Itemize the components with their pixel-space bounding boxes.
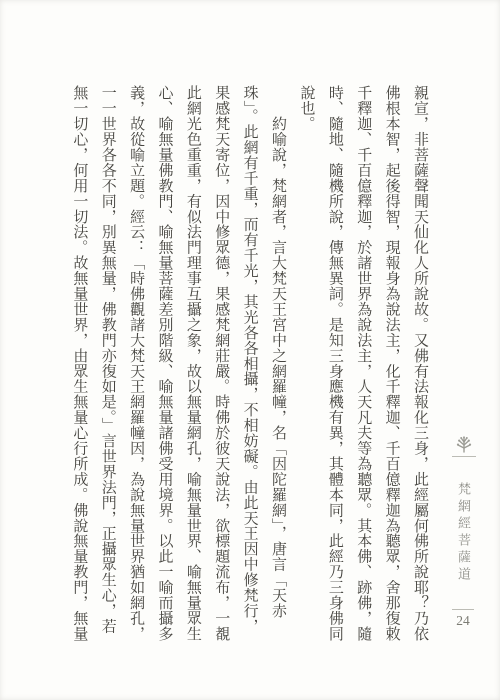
text-column: 心、喻無量佛教門、喻無量菩薩差別階級、喻無量諸佛受用境界。以此一喻而攝多 (150, 85, 178, 647)
text-column: 親宣，非菩薩聲聞天仙化人所說故。又佛有法報化三身，此經屬何佛所說耶？乃依 (406, 85, 434, 647)
text-column: 珠」。此網有千重，而有千光，其光各各相攝，不相妨礙。由此天王因中修梵行， (235, 85, 263, 647)
text-column: 佛根本智，起後得智，現報身為說法主，化千釋迦、千百億釋迦為聽眾，舍那復敕 (377, 85, 405, 647)
text-column: 此網光色重重，有似法門理事互攝之象，故以無量網孔，喻無量世界、喻無量眾生 (178, 85, 206, 647)
text-column: 一一世界各各不同，別異無量，佛教門亦復如是。」言世界法門，正攝眾生心，若 (93, 85, 121, 647)
text-column: 千釋迦、千百億釋迦，於諸世界為說法主，人天凡夫等為聽眾。其本佛、跡佛，隨 (349, 85, 377, 647)
text-column: 果感梵天寄位，因中修眾德，果感梵網莊嚴。時佛於彼天說法，欲標題流布，一覩 (207, 85, 235, 647)
sutra-text-block: 親宣，非菩薩聲聞天仙化人所說故。又佛有法報化三身，此經屬何佛所說耶？乃依 佛根本… (64, 85, 434, 647)
page-number-divider-line (452, 609, 474, 610)
text-column: 說也。 (292, 85, 320, 647)
text-column: 義，故從喻立題。經云：「時佛觀諸大梵天王網羅幢因，為說無量世界猶如網孔， (122, 85, 150, 647)
text-column: 約喻說，梵網者，言大梵天王宮中之網羅幢，名「因陀羅網」，唐言「天赤 (264, 85, 292, 647)
plant-sprig-icon (452, 436, 476, 453)
text-column: 無一切心，何用一切法。故無量世界，由眾生無量心行所成。佛說無量教門，無量 (65, 85, 93, 647)
ornament-divider-line (452, 456, 476, 457)
running-title: 梵網經菩薩道 (450, 482, 476, 592)
page-number: 24 (445, 613, 481, 629)
book-page: 親宣，非菩薩聲聞天仙化人所說故。又佛有法報化三身，此經屬何佛所說耶？乃依 佛根本… (0, 0, 500, 700)
text-column: 時、隨地、隨機所說，傳無異詞。是知三身應機有異，其體本同，此經乃三身佛同 (320, 85, 348, 647)
